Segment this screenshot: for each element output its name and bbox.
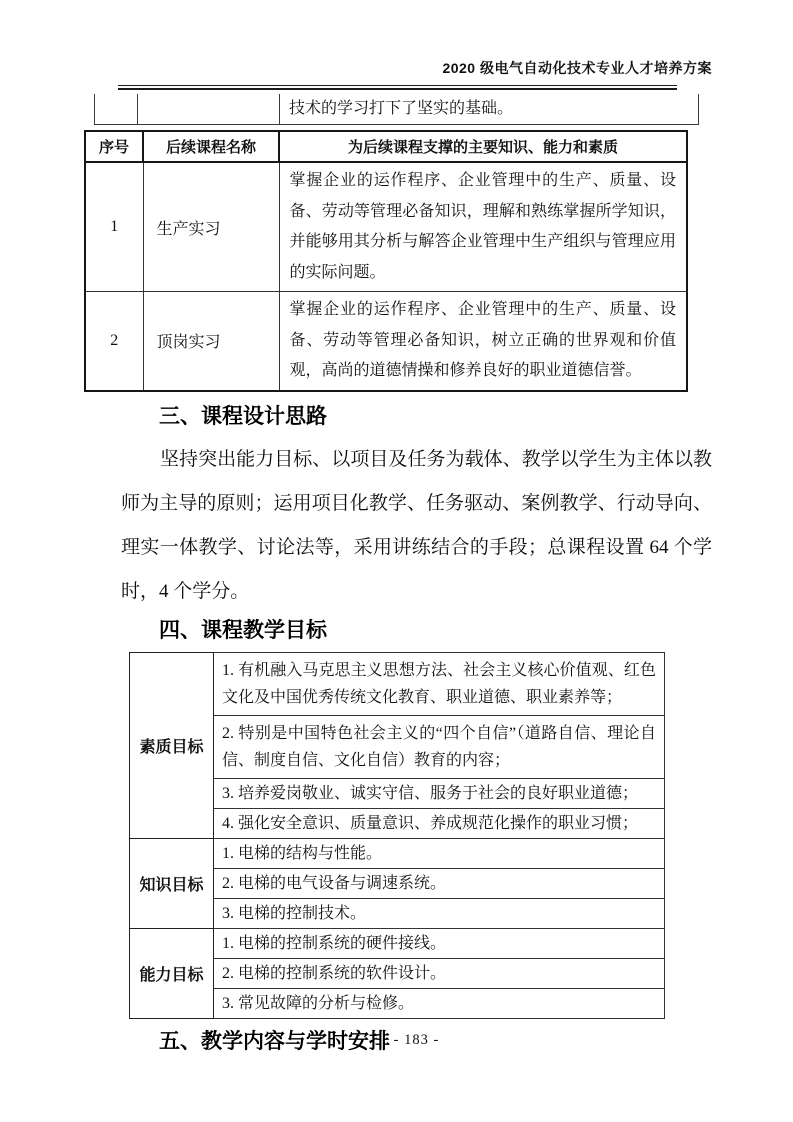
- page-header-title: 2020 级电气自动化技术专业人才培养方案: [118, 58, 712, 78]
- objective-item: 3. 培养爱岗敬业、诚实守信、服务于社会的良好职业道德；: [214, 778, 665, 808]
- cell-desc: 掌握企业的运作程序、企业管理中的生产、质量、设备、劳动等管理必备知识，树立正确的…: [279, 292, 687, 391]
- cell-course: 生产实习: [143, 162, 279, 292]
- continued-cell-index: [94, 94, 138, 124]
- cell-index: 1: [85, 162, 143, 292]
- section-heading-design: 三、课程设计思路: [159, 404, 793, 429]
- header-cell-course: 后续课程名称: [143, 131, 279, 162]
- cell-desc: 掌握企业的运作程序、企业管理中的生产、质量、设备、劳动等管理必备知识，理解和熟练…: [279, 162, 687, 292]
- objectives-table: 素质目标 1. 有机融入马克思主义思想方法、社会主义核心价值观、红色文化及中国优…: [129, 652, 665, 1019]
- objective-item: 3. 常见故障的分析与检修。: [214, 988, 665, 1018]
- objective-group-label: 素质目标: [130, 652, 214, 838]
- objective-item: 3. 电梯的控制技术。: [214, 898, 665, 928]
- header-cell-desc: 为后续课程支撑的主要知识、能力和素质: [279, 131, 687, 162]
- objective-item: 2. 电梯的控制系统的软件设计。: [214, 958, 665, 988]
- header-double-rule: [118, 85, 677, 90]
- continued-cell-text: 技术的学习打下了坚实的基础。: [280, 94, 699, 124]
- objective-item: 1. 电梯的结构与性能。: [214, 838, 665, 868]
- table-row: 素质目标 1. 有机融入马克思主义思想方法、社会主义核心价值观、红色文化及中国优…: [130, 652, 665, 715]
- objective-item: 1. 电梯的控制系统的硬件接线。: [214, 928, 665, 958]
- section-heading-objectives: 四、课程教学目标: [159, 618, 793, 643]
- cell-index: 2: [85, 292, 143, 391]
- table-row: 1 生产实习 掌握企业的运作程序、企业管理中的生产、质量、设备、劳动等管理必备知…: [85, 162, 687, 292]
- document-page: 2020 级电气自动化技术专业人才培养方案 技术的学习打下了坚实的基础。 序号 …: [0, 0, 793, 1122]
- table-row: 能力目标 1. 电梯的控制系统的硬件接线。: [130, 928, 665, 958]
- page-number: - 183 -: [394, 1032, 440, 1048]
- table-row: 知识目标 1. 电梯的结构与性能。: [130, 838, 665, 868]
- objective-item: 2. 特别是中国特色社会主义的“四个自信”（道路自信、理论自信、制度自信、文化自…: [214, 715, 665, 778]
- table-row: 2 顶岗实习 掌握企业的运作程序、企业管理中的生产、质量、设备、劳动等管理必备知…: [85, 292, 687, 391]
- continued-cell-course: [138, 94, 280, 124]
- cell-course: 顶岗实习: [143, 292, 279, 391]
- followup-course-table: 序号 后续课程名称 为后续课程支撑的主要知识、能力和素质 1 生产实习 掌握企业…: [84, 130, 688, 392]
- objective-item: 1. 有机融入马克思主义思想方法、社会主义核心价值观、红色文化及中国优秀传统文化…: [214, 652, 665, 715]
- continued-table: 技术的学习打下了坚实的基础。: [94, 94, 699, 125]
- objective-group-label: 能力目标: [130, 928, 214, 1018]
- design-paragraph: 坚持突出能力目标、以项目及任务为载体、教学以学生为主体以教师为主导的原则；运用项…: [121, 438, 712, 614]
- objective-item: 4. 强化安全意识、质量意识、养成规范化操作的职业习惯；: [214, 808, 665, 838]
- header-cell-index: 序号: [85, 131, 143, 162]
- page-footer: - 183 -: [121, 1032, 712, 1049]
- objective-item: 2. 电梯的电气设备与调速系统。: [214, 868, 665, 898]
- table-header-row: 序号 后续课程名称 为后续课程支撑的主要知识、能力和素质: [85, 131, 687, 162]
- objective-group-label: 知识目标: [130, 838, 214, 928]
